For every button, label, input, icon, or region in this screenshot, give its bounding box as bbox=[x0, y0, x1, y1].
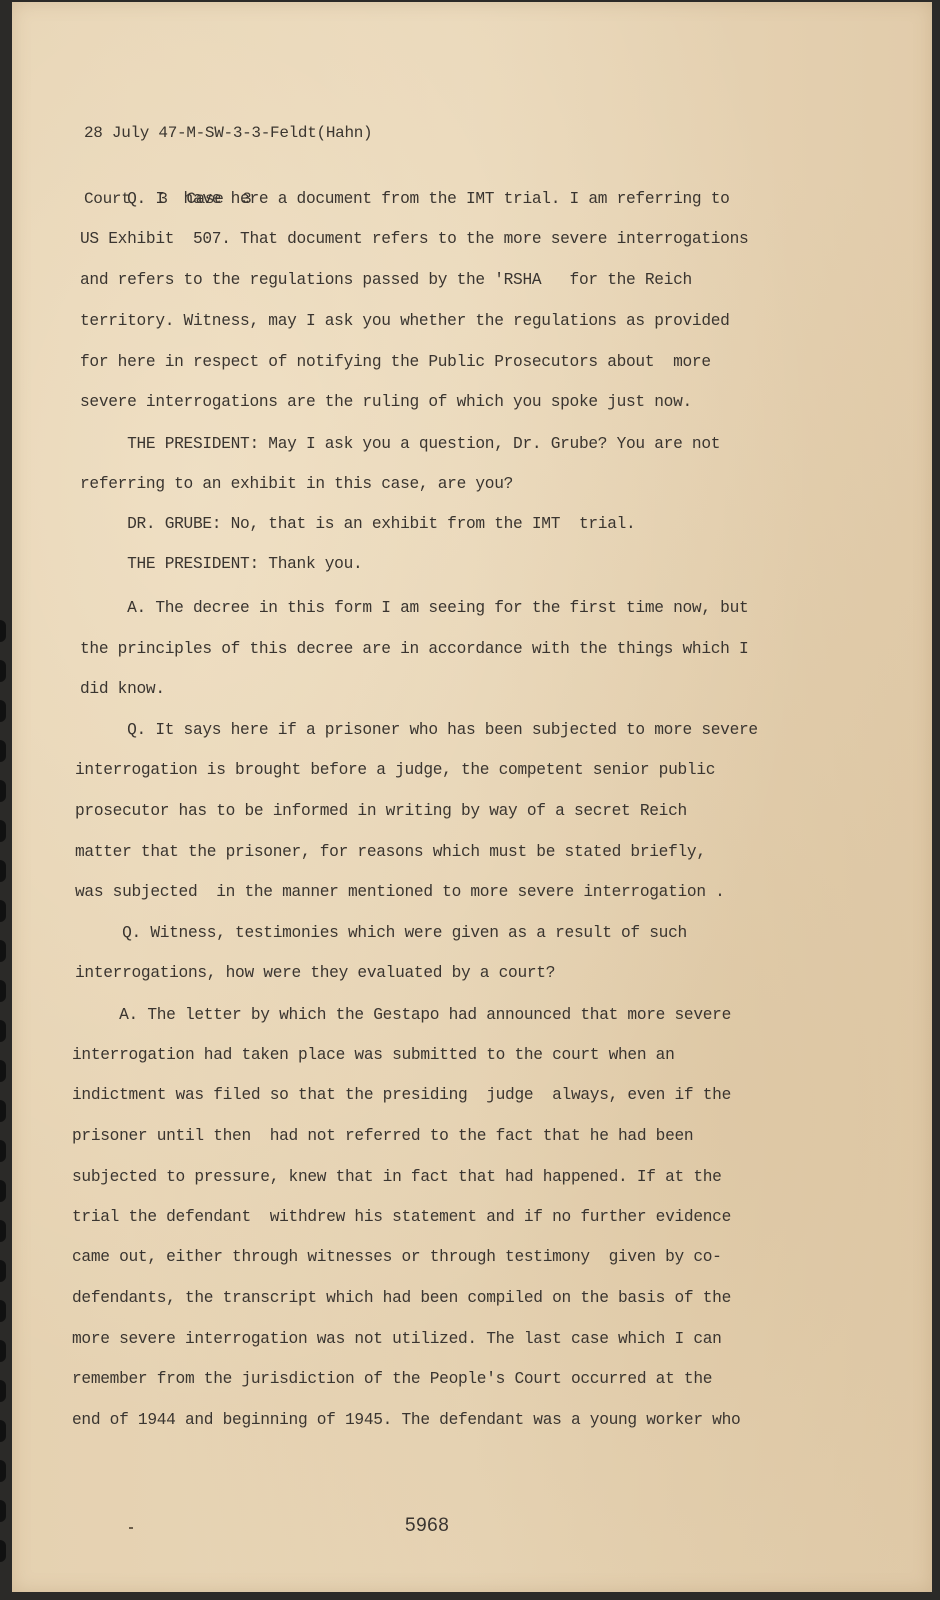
binding-hole bbox=[0, 820, 6, 842]
binding-hole bbox=[0, 1540, 6, 1562]
binding-hole bbox=[0, 1500, 6, 1522]
transcript-line: for here in respect of notifying the Pub… bbox=[80, 353, 711, 371]
binding-hole bbox=[0, 940, 6, 962]
binding-hole bbox=[0, 860, 6, 882]
binding-hole bbox=[0, 1300, 6, 1322]
page-number: 5968 bbox=[405, 1515, 449, 1537]
binding-hole bbox=[0, 980, 6, 1002]
transcript-line: subjected to pressure, knew that in fact… bbox=[72, 1168, 722, 1186]
binding-holes bbox=[0, 0, 12, 1600]
binding-hole bbox=[0, 1180, 6, 1202]
transcript-line: indictment was filed so that the presidi… bbox=[72, 1086, 731, 1104]
transcript-line: came out, either through witnesses or th… bbox=[72, 1248, 722, 1266]
transcript-line: A. The letter by which the Gestapo had a… bbox=[72, 1006, 731, 1024]
binding-hole bbox=[0, 740, 6, 762]
transcript-line: DR. GRUBE: No, that is an exhibit from t… bbox=[80, 515, 635, 533]
binding-hole bbox=[0, 1260, 6, 1282]
transcript-line: referring to an exhibit in this case, ar… bbox=[80, 475, 513, 493]
transcript-line: interrogation is brought before a judge,… bbox=[75, 761, 715, 779]
transcript-line: and refers to the regulations passed by … bbox=[80, 271, 692, 289]
binding-hole bbox=[0, 620, 6, 642]
transcript-line: was subjected in the manner mentioned to… bbox=[75, 883, 725, 901]
transcript-line: interrogations, how were they evaluated … bbox=[75, 964, 555, 982]
binding-hole bbox=[0, 1140, 6, 1162]
binding-hole bbox=[0, 700, 6, 722]
transcript-line: did know. bbox=[80, 680, 165, 698]
document-page: 28 July 47-M-SW-3-3-Feldt(Hahn) Court 3 … bbox=[12, 2, 932, 1592]
transcript-line: more severe interrogation was not utiliz… bbox=[72, 1330, 722, 1348]
transcript-line: Q. I have here a document from the IMT t… bbox=[80, 190, 730, 208]
binding-hole bbox=[0, 1460, 6, 1482]
transcript-line: defendants, the transcript which had bee… bbox=[72, 1289, 731, 1307]
transcript-line: territory. Witness, may I ask you whethe… bbox=[80, 312, 730, 330]
transcript-line: THE PRESIDENT: May I ask you a question,… bbox=[80, 435, 720, 453]
transcript-line: US Exhibit 507. That document refers to … bbox=[80, 230, 748, 248]
binding-hole bbox=[0, 660, 6, 682]
transcript-line: the principles of this decree are in acc… bbox=[80, 640, 748, 658]
stray-mark bbox=[129, 1527, 133, 1529]
transcript-line: prisoner until then had not referred to … bbox=[72, 1127, 693, 1145]
transcript-line: remember from the jurisdiction of the Pe… bbox=[72, 1370, 712, 1388]
binding-hole bbox=[0, 1420, 6, 1442]
transcript-body: Q. I have here a document from the IMT t… bbox=[12, 2, 932, 1592]
binding-hole bbox=[0, 1060, 6, 1082]
transcript-line: severe interrogations are the ruling of … bbox=[80, 393, 692, 411]
binding-hole bbox=[0, 780, 6, 802]
transcript-line: Q. It says here if a prisoner who has be… bbox=[80, 721, 758, 739]
binding-hole bbox=[0, 1100, 6, 1122]
binding-hole bbox=[0, 1340, 6, 1362]
transcript-line: prosecutor has to be informed in writing… bbox=[75, 802, 687, 820]
scanned-document: 28 July 47-M-SW-3-3-Feldt(Hahn) Court 3 … bbox=[0, 0, 940, 1600]
transcript-line: trial the defendant withdrew his stateme… bbox=[72, 1208, 731, 1226]
binding-hole bbox=[0, 900, 6, 922]
transcript-line: end of 1944 and beginning of 1945. The d… bbox=[72, 1411, 740, 1429]
binding-hole bbox=[0, 1380, 6, 1402]
transcript-line: Q. Witness, testimonies which were given… bbox=[75, 924, 687, 942]
transcript-line: A. The decree in this form I am seeing f… bbox=[80, 599, 748, 617]
binding-hole bbox=[0, 1220, 6, 1242]
binding-hole bbox=[0, 1020, 6, 1042]
transcript-line: matter that the prisoner, for reasons wh… bbox=[75, 843, 706, 861]
transcript-line: interrogation had taken place was submit… bbox=[72, 1046, 675, 1064]
transcript-line: THE PRESIDENT: Thank you. bbox=[80, 555, 362, 573]
